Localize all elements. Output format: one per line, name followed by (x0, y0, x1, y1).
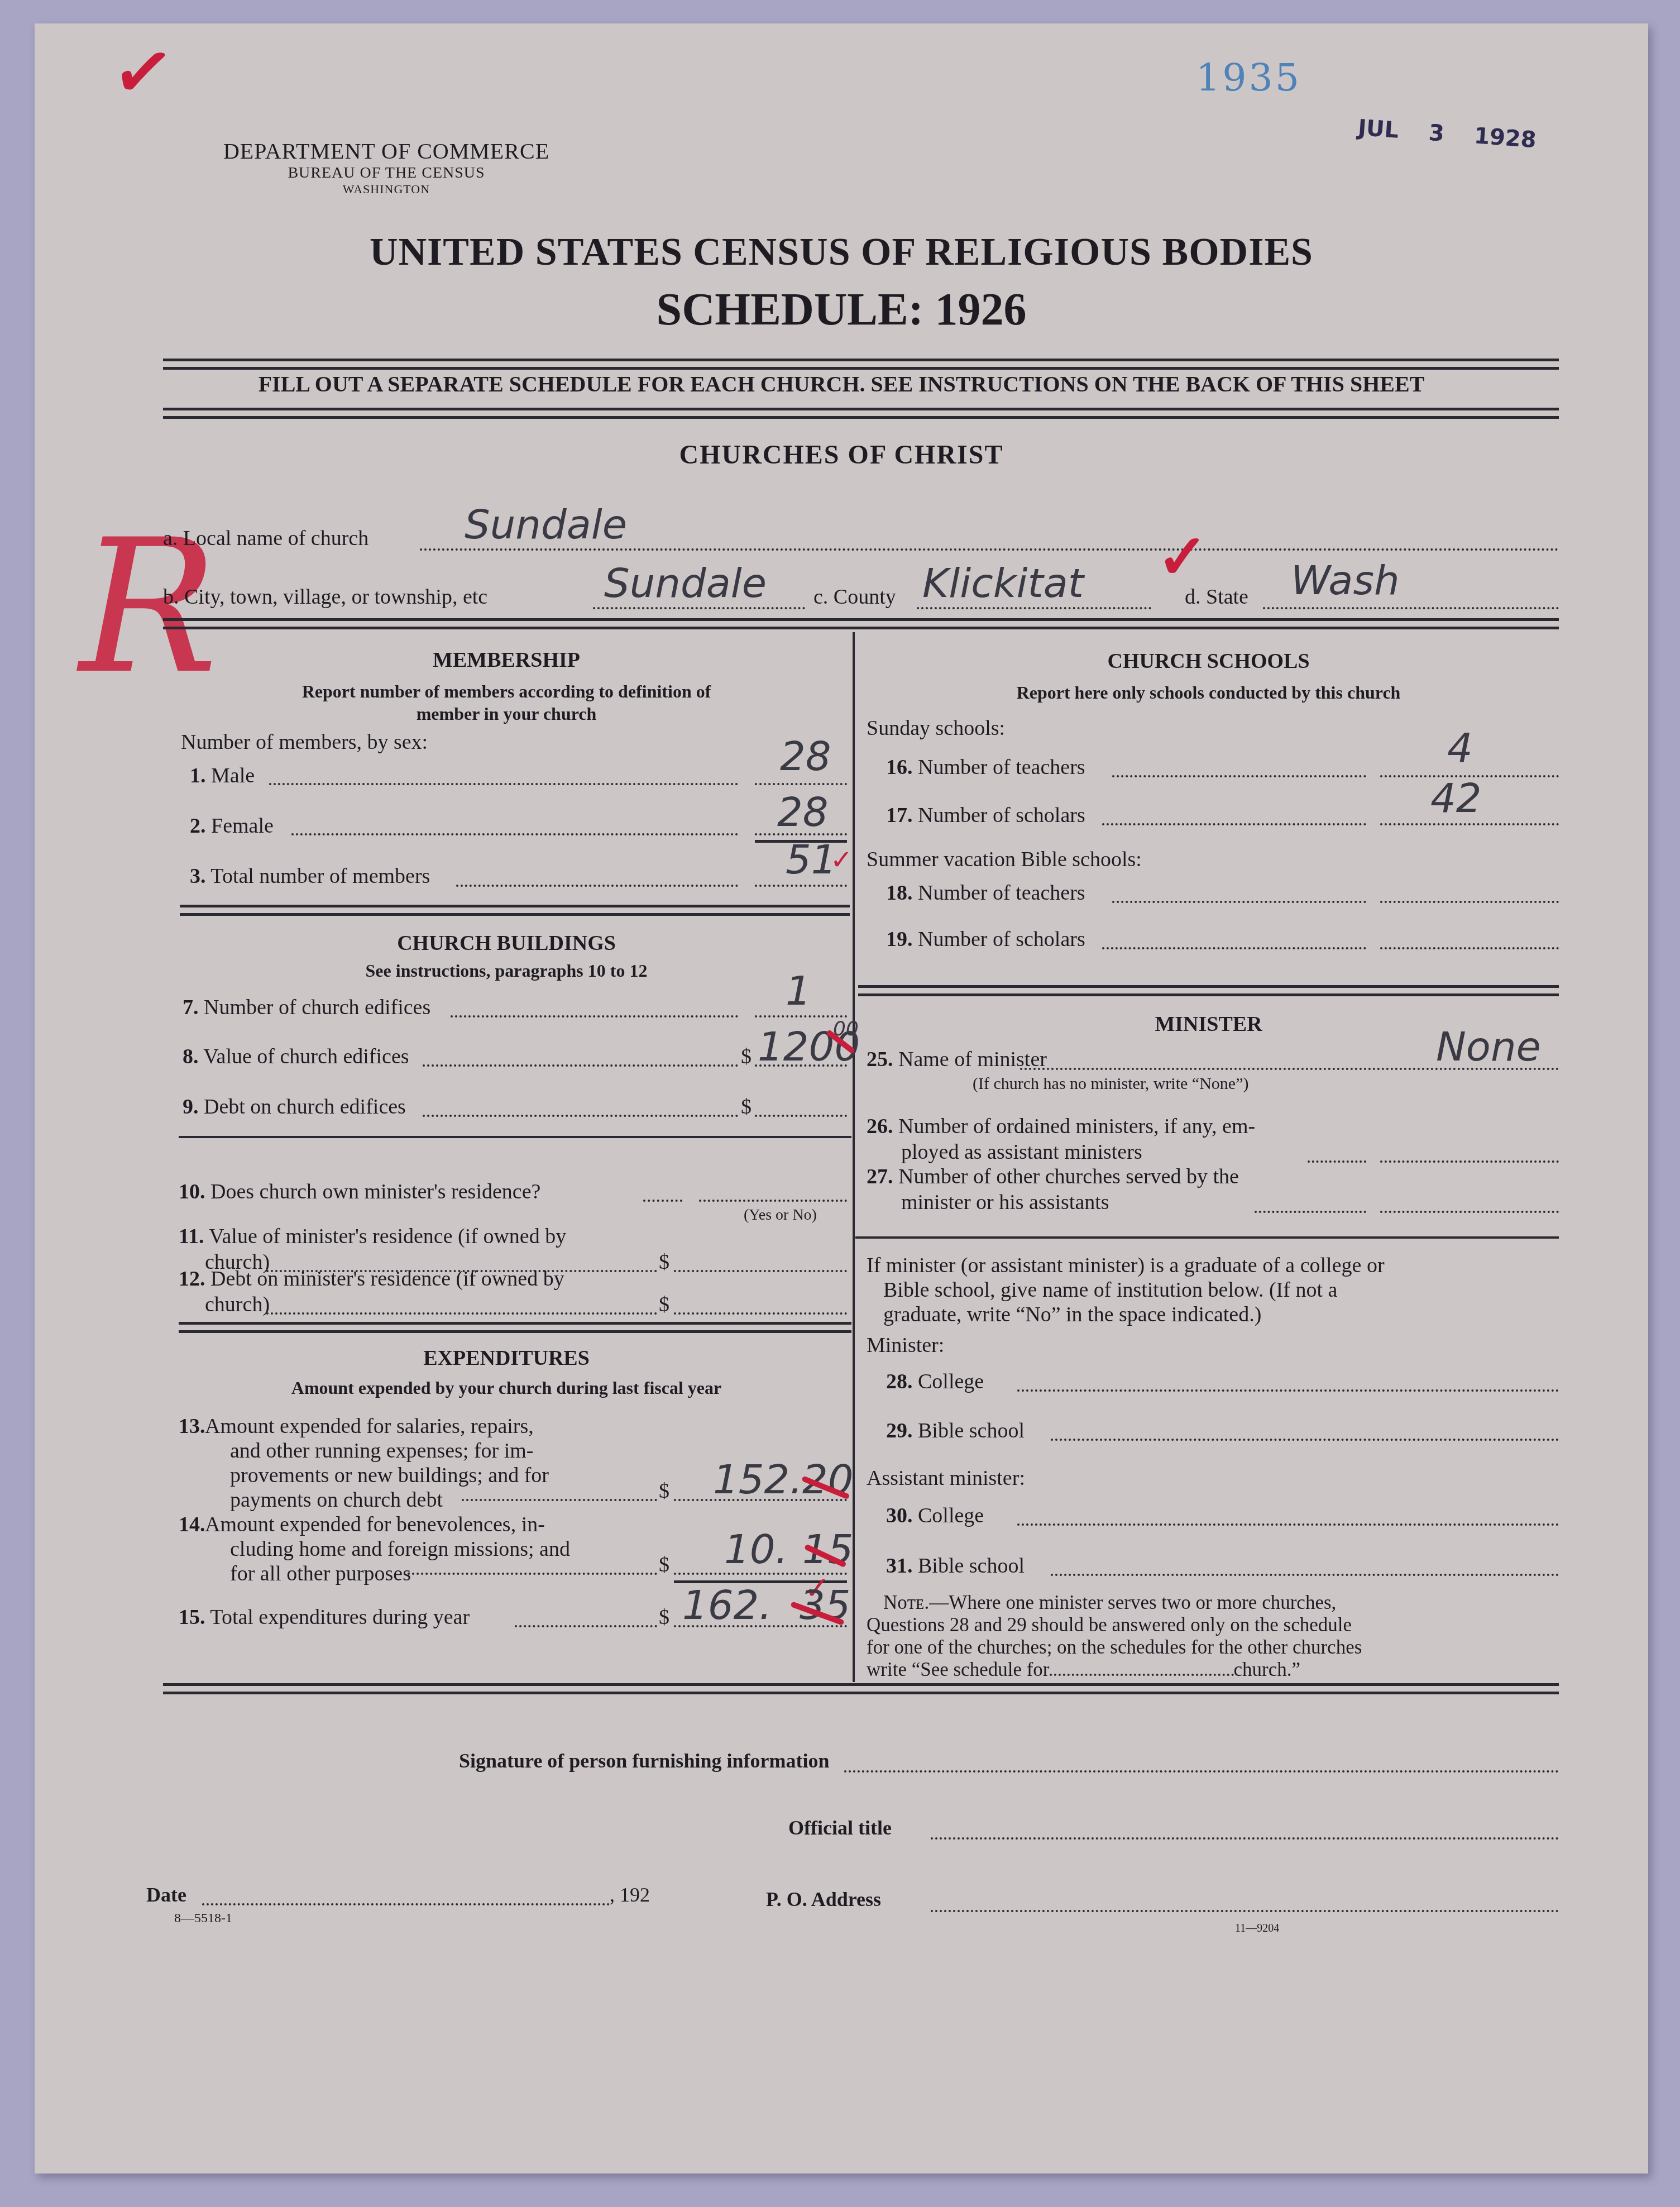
expenditures-title: EXPENDITURES (163, 1346, 850, 1370)
sunday-teachers-value: 4 (1447, 724, 1473, 771)
sunday-scholars-num: 17. (886, 804, 913, 827)
summer-teachers-num: 18. (886, 881, 913, 905)
sunday-teachers-leader (1112, 775, 1366, 777)
form-title: UNITED STATES CENSUS OF RELIGIOUS BODIES (35, 230, 1648, 275)
total-expenditures-dollar: $ (659, 1605, 669, 1630)
running-expenses-line-3: provements or new buildings; and for (205, 1463, 549, 1488)
po-address-label: P. O. Address (766, 1888, 881, 1911)
yes-no-hint: (Yes or No) (744, 1206, 817, 1224)
graduate-note-line-3: graduate, write “No” in the space indica… (867, 1302, 1385, 1327)
summer-scholars-text: Number of scholars (918, 928, 1085, 951)
signature-field[interactable] (844, 1770, 1559, 1773)
official-title-field[interactable] (931, 1837, 1559, 1840)
sunday-teachers-text: Number of teachers (918, 756, 1085, 779)
benevolences-dollar: $ (659, 1552, 669, 1577)
graduate-note: If minister (or assistant minister) is a… (867, 1253, 1385, 1327)
edifices-value-leader (423, 1064, 738, 1067)
sunday-teachers-num: 16. (886, 756, 913, 779)
residence-debt-leader (266, 1312, 657, 1315)
identity-divider (163, 618, 1559, 629)
minister-bible-school-label: 29. Bible school (886, 1418, 1025, 1443)
edifices-debt-leader (423, 1115, 738, 1117)
county-label: c. County (813, 585, 896, 609)
edifices-count-label: 7. Number of church edifices (183, 995, 430, 1020)
minister-college-num: 28. (886, 1370, 913, 1393)
received-date-stamp: JUL 3 1928 (1357, 115, 1537, 153)
assistant-college-num: 30. (886, 1504, 913, 1527)
city-value: Sundale (604, 560, 767, 606)
other-churches-num: 27. (867, 1165, 893, 1188)
assistant-ministers-line-1: Number of ordained ministers, if any, em… (898, 1115, 1255, 1138)
benevolences-leader (408, 1573, 657, 1575)
city-field[interactable] (593, 607, 805, 609)
minister-bible-school-field[interactable] (1051, 1439, 1559, 1441)
edifices-debt-label: 9. Debt on church edifices (183, 1095, 406, 1119)
membership-divider (180, 905, 850, 916)
residence-value-text-1: Value of minister's residence (if owned … (209, 1225, 566, 1248)
date-year-prefix: , 192 (610, 1883, 650, 1907)
assistant-bible-school-text: Bible school (918, 1554, 1025, 1578)
male-field[interactable] (755, 783, 847, 785)
bureau-name: BUREAU OF THE CENSUS (169, 164, 604, 182)
sunday-teachers-label: 16. Number of teachers (886, 755, 1085, 780)
multi-church-note-line-2: Questions 28 and 29 should be answered o… (867, 1614, 1362, 1636)
assistant-ministers-label: 26. Number of ordained ministers, if any… (867, 1114, 1255, 1165)
summer-teachers-field[interactable] (1380, 901, 1559, 903)
minister-education-label: Minister: (867, 1333, 944, 1358)
other-churches-line-1: Number of other churches served by the (898, 1165, 1239, 1188)
summer-schools-label: Summer vacation Bible schools: (867, 847, 1142, 872)
residence-debt-text-2: church) (205, 1292, 270, 1317)
minister-none-hint: (If church has no minister, write “None”… (973, 1074, 1248, 1093)
running-expenses-leader (462, 1499, 657, 1501)
assistant-college-label: 30. College (886, 1503, 984, 1528)
residence-owned-text: Does church own minister's residence? (210, 1180, 540, 1203)
edifices-debt-dollar: $ (741, 1095, 752, 1119)
total-expenditures-text: Total expenditures during year (210, 1606, 470, 1629)
residence-debt-label: 12. Debt on minister's residence (if own… (179, 1267, 564, 1291)
official-title-label: Official title (788, 1816, 892, 1840)
assistant-education-label: Assistant minister: (867, 1466, 1025, 1491)
benevolences-text: Amount expended for benevolences, in- cl… (205, 1512, 570, 1586)
summer-scholars-num: 19. (886, 928, 913, 951)
male-label: 1. Male (190, 763, 255, 788)
summer-scholars-field[interactable] (1380, 947, 1559, 949)
total-members-text: Total number of members (210, 864, 430, 888)
summer-scholars-label: 19. Number of scholars (886, 927, 1085, 952)
minister-subdivider (855, 1236, 1559, 1239)
minister-name-num: 25. (867, 1048, 893, 1071)
summer-teachers-text: Number of teachers (918, 881, 1085, 905)
residence-value-dollar: $ (659, 1250, 669, 1274)
county-field[interactable] (917, 607, 1151, 609)
minister-bible-school-num: 29. (886, 1419, 913, 1442)
county-red-checkmark-icon: ✓ (1157, 520, 1208, 593)
edifices-count-leader (451, 1015, 738, 1017)
graduate-note-line-1: If minister (or assistant minister) is a… (867, 1253, 1385, 1278)
schools-divider (858, 985, 1559, 996)
summer-teachers-leader (1112, 901, 1366, 903)
assistant-ministers-leader (1308, 1160, 1366, 1163)
edifices-value-text: Value of church edifices (203, 1045, 409, 1068)
body-bottom-divider (163, 1683, 1559, 1694)
buildings-title: CHURCH BUILDINGS (163, 931, 850, 956)
total-members-label: 3. Total number of members (190, 864, 430, 888)
residence-debt-field[interactable] (674, 1312, 847, 1315)
edifices-count-num: 7. (183, 996, 199, 1019)
sunday-scholars-value: 42 (1430, 775, 1482, 821)
date-label: Date (146, 1883, 186, 1907)
local-name-label: a. Local name of church (163, 526, 368, 551)
total-expenditures-num: 15. (179, 1606, 205, 1629)
residence-owned-num: 10. (179, 1180, 205, 1203)
running-expenses-value: 152. (713, 1456, 802, 1503)
denomination-title: CHURCHES OF CHRIST (35, 440, 1648, 470)
benevolences-label: 14. (179, 1512, 205, 1537)
benevolences-line-1: Amount expended for benevolences, in- (205, 1512, 570, 1537)
membership-subtitle-1: Report number of members according to de… (163, 681, 850, 702)
state-label: d. State (1185, 585, 1248, 609)
schools-subtitle: Report here only schools conducted by th… (858, 682, 1559, 703)
assistant-ministers-field[interactable] (1380, 1160, 1559, 1163)
other-churches-leader (1255, 1211, 1366, 1213)
form-code-right: 11—9204 (1235, 1922, 1279, 1935)
buildings-subtitle: See instructions, paragraphs 10 to 12 (163, 961, 850, 981)
signature-label: Signature of person furnishing informati… (459, 1749, 829, 1773)
summer-scholars-leader (1102, 947, 1366, 949)
benevolences-num: 14. (179, 1513, 205, 1536)
multi-church-note-line-1: Nᴏᴛᴇ.—Where one minister serves two or m… (867, 1592, 1362, 1614)
female-leader (291, 833, 738, 835)
total-members-field[interactable] (755, 885, 847, 887)
census-schedule-page: ✓ 1935 JUL 3 1928 R DEPARTMENT OF COMMER… (35, 23, 1648, 2173)
assistant-ministers-num: 26. (867, 1115, 893, 1138)
po-address-field[interactable] (931, 1910, 1559, 1912)
form-code-left: 8—5518-1 (174, 1911, 232, 1926)
form-subtitle: SCHEDULE: 1926 (35, 283, 1648, 336)
male-text: Male (211, 764, 255, 787)
bureau-city: WASHINGTON (169, 182, 604, 197)
female-label: 2. Female (190, 814, 274, 838)
running-expenses-num: 13. (179, 1415, 205, 1438)
female-value: 28 (777, 789, 829, 835)
state-value: Wash (1291, 557, 1400, 604)
city-label: b. City, town, village, or township, etc (163, 585, 487, 609)
top-red-checkmark-icon: ✓ (107, 25, 179, 118)
edifices-count-value: 1 (786, 967, 811, 1014)
membership-title: MEMBERSHIP (163, 648, 850, 672)
buildings-subdivider (179, 1136, 851, 1138)
edifices-debt-field[interactable] (755, 1115, 847, 1117)
edifices-count-text: Number of church edifices (204, 996, 430, 1019)
state-field[interactable] (1263, 607, 1559, 609)
assistant-ministers-line-2: ployed as assistant ministers (867, 1139, 1255, 1165)
edifices-debt-text: Debt on church edifices (204, 1095, 406, 1119)
local-name-value: Sundale (465, 501, 627, 548)
buildings-divider (179, 1322, 851, 1333)
multi-church-note-pre: write “See schedule for (867, 1659, 1050, 1680)
male-num: 1. (190, 764, 206, 787)
sunday-scholars-label: 17. Number of scholars (886, 803, 1085, 828)
sunday-scholars-field[interactable] (1380, 823, 1559, 825)
minister-name-value: None (1436, 1023, 1541, 1070)
total-expenditures-label: 15. Total expenditures during year (179, 1605, 470, 1630)
residence-owned-label: 10. Does church own minister's residence… (179, 1179, 540, 1204)
running-expenses-line-2: and other running expenses; for im- (205, 1439, 549, 1463)
benevolences-value: 10. (724, 1526, 788, 1573)
total-members-leader (456, 885, 738, 887)
total-expenditures-leader (515, 1625, 657, 1627)
minister-college-field[interactable] (1017, 1389, 1559, 1392)
running-expenses-line-1: Amount expended for salaries, repairs, (205, 1414, 549, 1439)
residence-debt-dollar: $ (659, 1292, 669, 1317)
residence-value-num: 11. (179, 1225, 204, 1248)
schools-title: CHURCH SCHOOLS (858, 649, 1559, 673)
other-churches-line-2: minister or his assistants (867, 1190, 1239, 1215)
edifices-value-num: 8. (183, 1045, 199, 1068)
residence-debt-num: 12. (179, 1267, 205, 1291)
assistant-bible-school-label: 31. Bible school (886, 1554, 1025, 1578)
running-expenses-label: 13. (179, 1414, 205, 1439)
male-leader (269, 783, 738, 785)
other-churches-field[interactable] (1380, 1211, 1559, 1213)
female-num: 2. (190, 814, 206, 838)
expenditures-subtitle: Amount expended by your church during la… (163, 1378, 850, 1398)
multi-church-note-post: church.” (1234, 1659, 1301, 1680)
instruction-divider (163, 408, 1559, 419)
minister-college-text: College (918, 1370, 984, 1393)
multi-church-note: Nᴏᴛᴇ.—Where one minister serves two or m… (867, 1592, 1362, 1681)
total-red-checkmark-icon: ✓ (830, 844, 853, 876)
department-name: DEPARTMENT OF COMMERCE (169, 138, 604, 164)
department-block: DEPARTMENT OF COMMERCE BUREAU OF THE CEN… (169, 138, 604, 197)
benevolences-line-2: cluding home and foreign missions; and (205, 1537, 570, 1561)
multi-church-note-line-3: for one of the churches; on the schedule… (867, 1636, 1362, 1659)
edifices-value-label: 8. Value of church edifices (183, 1044, 409, 1069)
sunday-scholars-text: Number of scholars (918, 804, 1085, 827)
total-members-num: 3. (190, 864, 206, 888)
residence-owned-leader (643, 1200, 682, 1202)
see-schedule-field[interactable] (1050, 1674, 1234, 1676)
summer-teachers-label: 18. Number of teachers (886, 881, 1085, 905)
edifices-value-dollar: $ (741, 1044, 752, 1069)
edifices-debt-num: 9. (183, 1095, 199, 1119)
year-stamp: 1935 (1196, 56, 1301, 100)
total-members-value: 51 (786, 836, 837, 883)
residence-value-label: 11. Value of minister's residence (if ow… (179, 1224, 566, 1249)
instruction-banner: FILL OUT A SEPARATE SCHEDULE FOR EACH CH… (35, 371, 1648, 397)
membership-subtitle-2: member in your church (163, 704, 850, 724)
assistant-college-field[interactable] (1017, 1523, 1559, 1526)
sunday-schools-label: Sunday schools: (867, 716, 1005, 741)
running-expenses-text: Amount expended for salaries, repairs, a… (205, 1414, 549, 1512)
residence-value-field[interactable] (674, 1270, 847, 1272)
minister-college-label: 28. College (886, 1369, 984, 1394)
other-churches-label: 27. Number of other churches served by t… (867, 1164, 1239, 1215)
male-value: 28 (780, 733, 831, 780)
total-expenditures-value: 162. (682, 1582, 772, 1628)
residence-owned-field[interactable] (699, 1200, 847, 1202)
sunday-scholars-leader (1102, 823, 1366, 825)
graduate-note-line-2: Bible school, give name of institution b… (867, 1278, 1385, 1302)
date-field[interactable] (202, 1903, 610, 1905)
county-value: Klickitat (922, 560, 1084, 606)
local-name-field[interactable] (420, 548, 1559, 551)
assistant-college-text: College (918, 1504, 984, 1527)
column-divider (853, 632, 855, 1682)
running-expenses-dollar: $ (659, 1479, 669, 1503)
assistant-bible-school-num: 31. (886, 1554, 913, 1578)
minister-bible-school-text: Bible school (918, 1419, 1025, 1442)
residence-debt-text-1: Debt on minister's residence (if owned b… (210, 1267, 564, 1291)
female-text: Female (211, 814, 274, 838)
members-by-sex-label: Number of members, by sex: (181, 730, 428, 754)
assistant-bible-school-field[interactable] (1051, 1574, 1559, 1576)
header-divider (163, 359, 1559, 370)
